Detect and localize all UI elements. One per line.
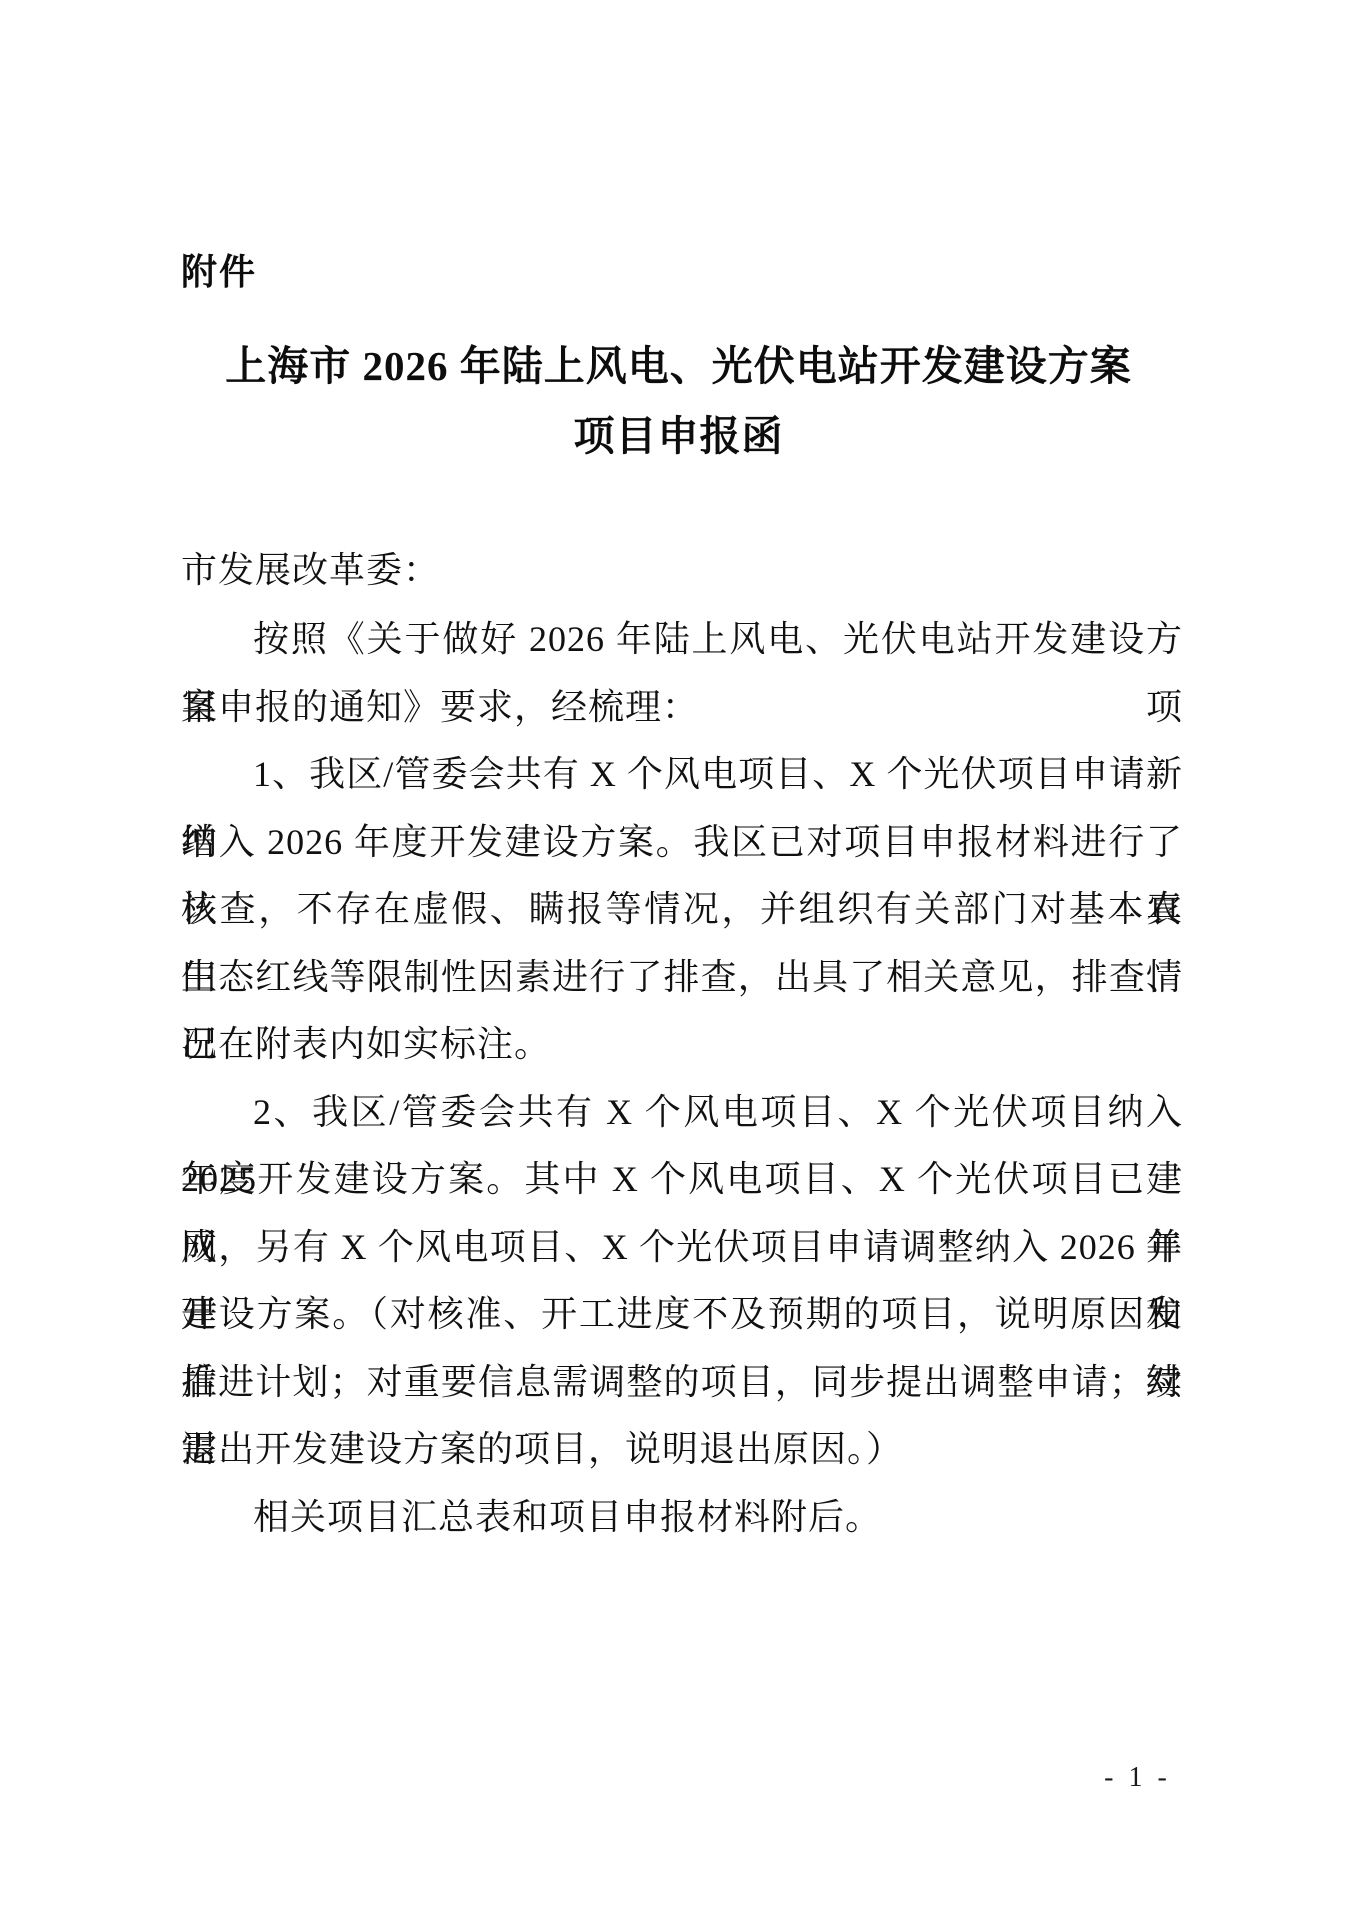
document-title: 上海市 2026 年陆上风电、光伏电站开发建设方案 项目申报函 (0, 331, 1357, 471)
body-line: 2、我区/管委会共有 X 个风电项目、X 个光伏项目纳入 2025 (181, 1079, 1183, 1147)
body-line: 相关项目汇总表和项目申报材料附后。 (181, 1484, 1183, 1552)
body-line: 核查，不存在虚假、瞒报等情况，并组织有关部门对基本农田、 (181, 876, 1183, 944)
body-line: 1、我区/管委会共有 X 个风电项目、X 个光伏项目申请新增 (181, 741, 1183, 809)
body-line: 纳入 2026 年度开发建设方案。我区已对项目申报材料进行了认真 (181, 809, 1183, 877)
body-text: 按照《关于做好 2026 年陆上风电、光伏电站开发建设方案项 目申报的通知》要求… (181, 606, 1183, 1551)
salutation: 市发展改革委： (181, 537, 440, 604)
body-line: 按照《关于做好 2026 年陆上风电、光伏电站开发建设方案项 (181, 606, 1183, 674)
document-page: 附件 上海市 2026 年陆上风电、光伏电站开发建设方案 项目申报函 市发展改革… (0, 0, 1357, 1920)
body-line: 生态红线等限制性因素进行了排查，出具了相关意见，排查情况 (181, 944, 1183, 1012)
attachment-label: 附件 (181, 250, 257, 294)
page-number: - 1 - (1090, 1758, 1185, 1798)
body-line: 已在附表内如实标注。 (181, 1011, 1183, 1079)
body-line: 建设方案。（对核准、开工进度不及预期的项目，说明原因和后续 (181, 1281, 1183, 1349)
body-line: 年度开发建设方案。其中 X 个风电项目、X 个光伏项目已建成并 (181, 1146, 1183, 1214)
body-line: 退出开发建设方案的项目，说明退出原因。） (181, 1416, 1183, 1484)
document-title-line-2: 项目申报函 (0, 401, 1357, 471)
body-line: 网，另有 X 个风电项目、X 个光伏项目申请调整纳入 2026 年开发 (181, 1214, 1183, 1282)
document-title-line-1: 上海市 2026 年陆上风电、光伏电站开发建设方案 (0, 331, 1357, 401)
body-line: 推进计划；对重要信息需调整的项目，同步提出调整申请；对需 (181, 1349, 1183, 1417)
